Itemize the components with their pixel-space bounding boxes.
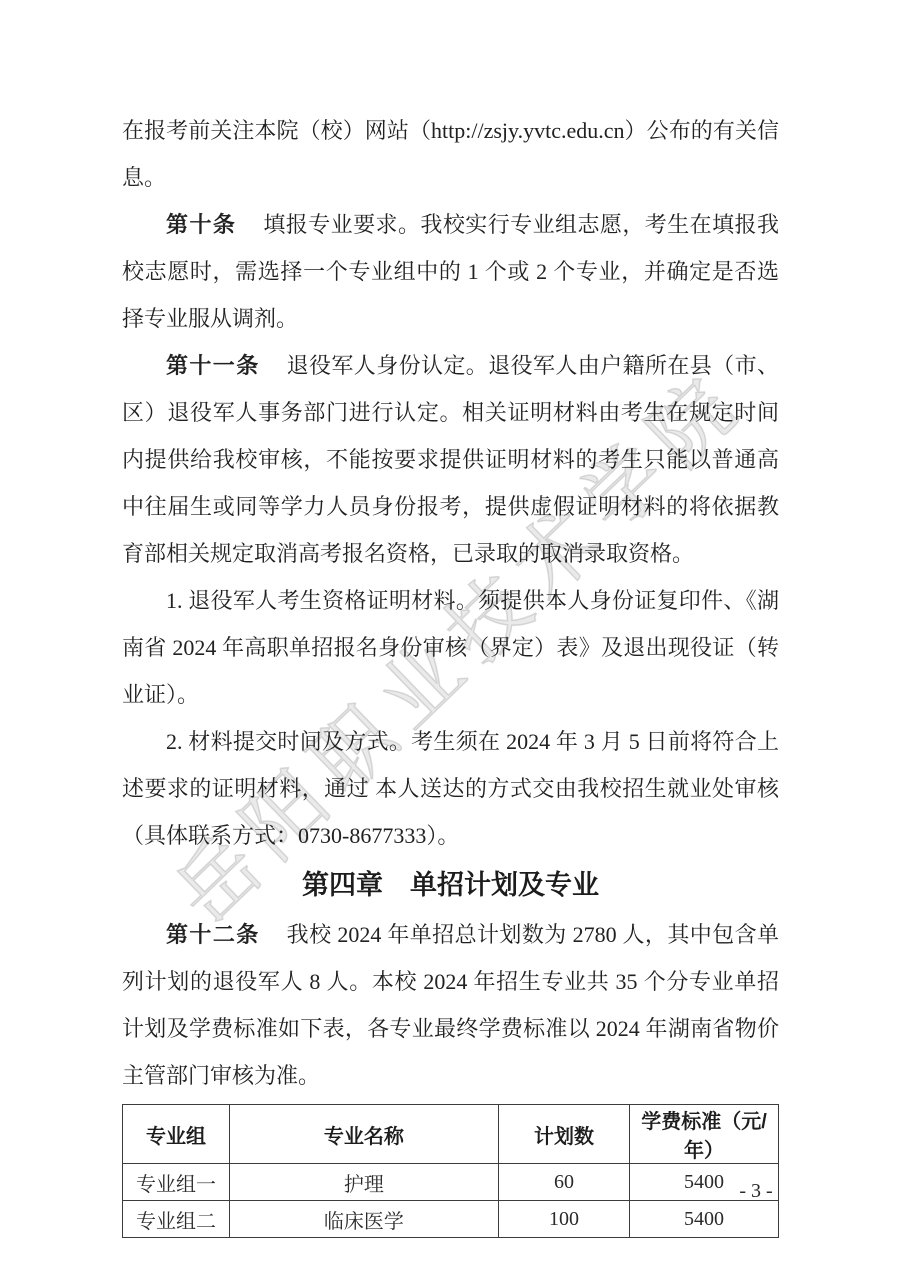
page-number: - 3 -: [720, 1180, 792, 1203]
table-row: 专业组二 临床医学 100 5400: [123, 1201, 779, 1238]
paragraph-continuation: 在报考前关注本院（校）网站（http://zsjy.yvtc.edu.cn）公布…: [122, 107, 779, 201]
table-row: 专业组一 护理 60 5400: [123, 1164, 779, 1201]
enrollment-plan-table: 专业组 专业名称 计划数 学费标准（元/年） 专业组一 护理 60 5400 专…: [122, 1104, 779, 1238]
table-header-row: 专业组 专业名称 计划数 学费标准（元/年）: [123, 1105, 779, 1164]
article-11-label: 第十一条: [166, 353, 260, 378]
cell-major-name: 临床医学: [229, 1201, 498, 1238]
article-12-label: 第十二条: [166, 922, 260, 947]
cell-tuition: 5400: [630, 1201, 779, 1238]
paragraph-article-12: 第十二条我校 2024 年单招总计划数为 2780 人，其中包含单列计划的退役军…: [122, 911, 779, 1099]
paragraph-item-1: 1. 退役军人考生资格证明材料。须提供本人身份证复印件、《湖南省 2024 年高…: [122, 577, 779, 718]
chapter-4-heading: 第四章 单招计划及专业: [122, 859, 779, 911]
paragraph-article-11: 第十一条退役军人身份认定。退役军人由户籍所在县（市、区）退役军人事务部门进行认定…: [122, 342, 779, 577]
header-major-group: 专业组: [123, 1105, 230, 1164]
article-11-text: 退役军人身份认定。退役军人由户籍所在县（市、区）退役军人事务部门进行认定。相关证…: [122, 353, 779, 566]
paragraph-item-2: 2. 材料提交时间及方式。考生须在 2024 年 3 月 5 日前将符合上述要求…: [122, 718, 779, 859]
article-10-label: 第十条: [166, 212, 236, 237]
header-tuition: 学费标准（元/年）: [630, 1105, 779, 1164]
cell-plan-count: 60: [498, 1164, 629, 1201]
document-body: 在报考前关注本院（校）网站（http://zsjy.yvtc.edu.cn）公布…: [122, 107, 779, 1238]
header-plan-count: 计划数: [498, 1105, 629, 1164]
cell-plan-count: 100: [498, 1201, 629, 1238]
paragraph-article-10: 第十条填报专业要求。我校实行专业组志愿，考生在填报我校志愿时，需选择一个专业组中…: [122, 201, 779, 342]
cell-major-group: 专业组一: [123, 1164, 230, 1201]
cell-major-name: 护理: [229, 1164, 498, 1201]
cell-major-group: 专业组二: [123, 1201, 230, 1238]
header-major-name: 专业名称: [229, 1105, 498, 1164]
